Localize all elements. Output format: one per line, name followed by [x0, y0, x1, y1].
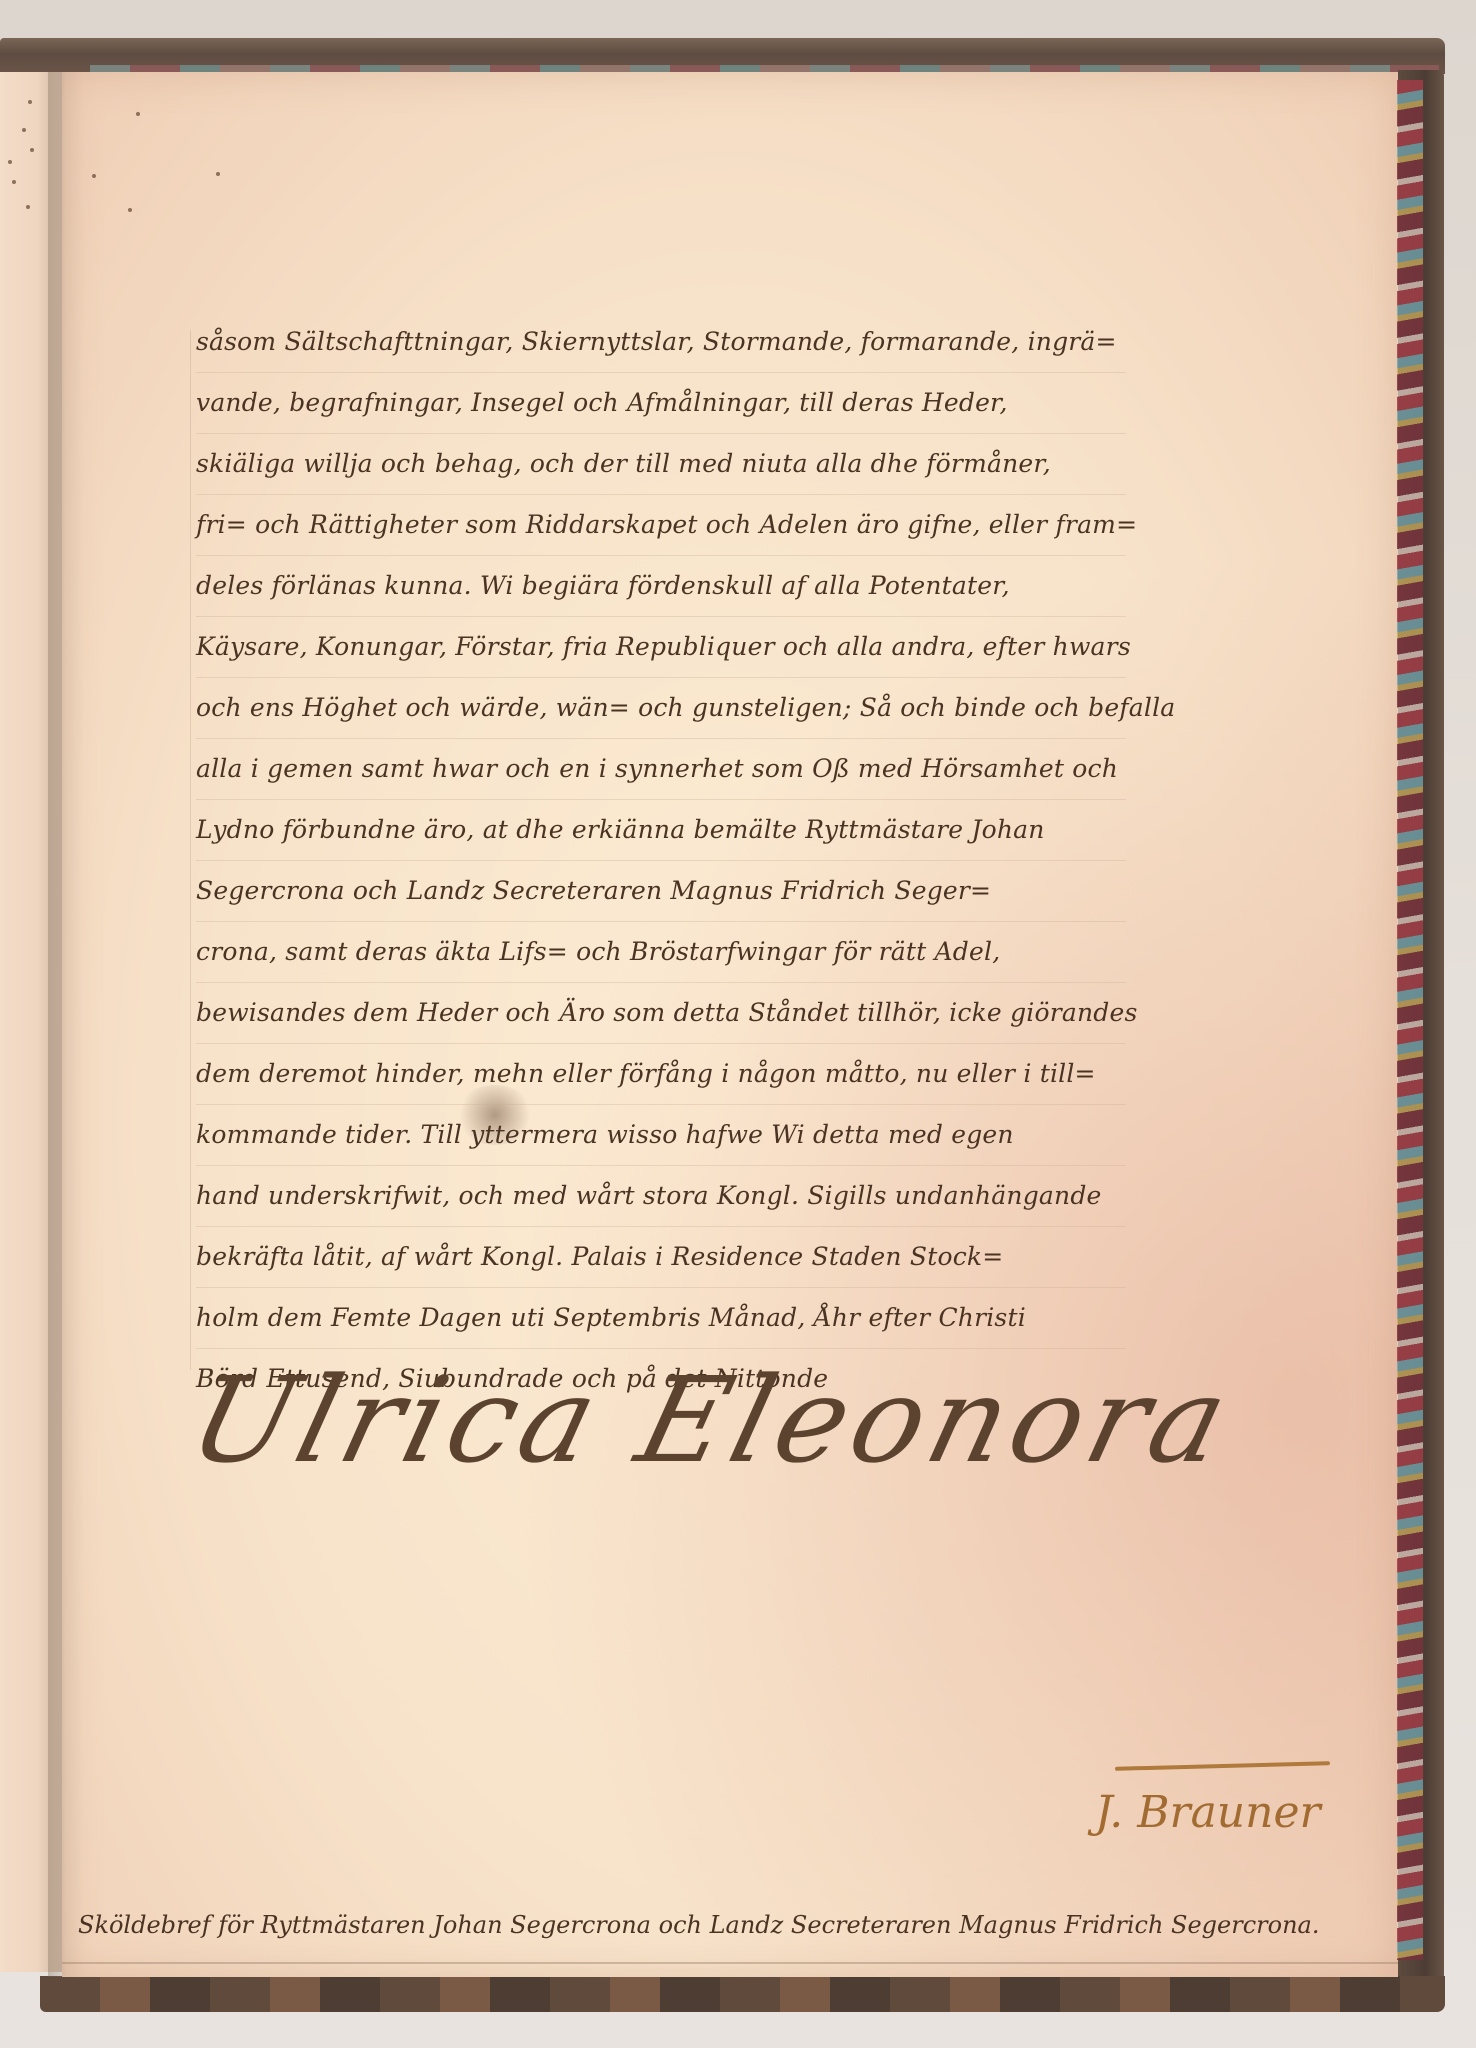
page-bottom-edge — [62, 1962, 1398, 1964]
text-line: bewisandes dem Heder och Äro som detta S… — [196, 983, 1126, 1044]
binding-gutter — [48, 72, 84, 1977]
text-line: Lydno förbundne äro, at dhe erkiänna bem… — [196, 800, 1126, 861]
text-line: skiäliga willja och behag, och der till … — [196, 434, 1126, 495]
document-caption: Sköldebref för Ryttmästaren Johan Segerc… — [78, 1900, 1378, 1950]
countersignature: J. Brauner — [1095, 1783, 1415, 1843]
marbled-page-edge — [1397, 80, 1423, 1960]
text-line: holm dem Femte Dagen uti Septembris Måna… — [196, 1288, 1126, 1349]
text-line: vande, begrafningar, Insegel och Afmålni… — [196, 373, 1126, 434]
book-cover-top-edge — [0, 38, 1445, 74]
text-line: bekräfta låtit, af wårt Kongl. Palais i … — [196, 1227, 1126, 1288]
text-line: deles förlänas kunna. Wi begiära fördens… — [196, 556, 1126, 617]
letter-body: såsom Sältschafttningar, Skiernyttslar, … — [196, 312, 1126, 1409]
text-line: fri= och Rättigheter som Riddarskapet oc… — [196, 495, 1126, 556]
text-line: kommande tider. Till yttermera wisso haf… — [196, 1105, 1126, 1166]
text-line: och ens Höghet och wärde, wän= och gunst… — [196, 678, 1126, 739]
text-line: såsom Sältschafttningar, Skiernyttslar, … — [196, 312, 1126, 373]
text-line: crona, samt deras äkta Lifs= och Bröstar… — [196, 922, 1126, 983]
text-line: Käysare, Konungar, Förstar, fria Republi… — [196, 617, 1126, 678]
text-line: hand underskrifwit, och med wårt stora K… — [196, 1166, 1126, 1227]
text-line: dem deremot hinder, mehn eller förfång i… — [196, 1044, 1126, 1105]
text-line: alla i gemen samt hwar och en i synnerhe… — [196, 739, 1126, 800]
text-line: Segercrona och Landz Secreteraren Magnus… — [196, 861, 1126, 922]
book-cover-bottom-edge — [40, 1976, 1445, 2012]
royal-signature: Ulrica Eleonora — [176, 1345, 1213, 1495]
margin-ruling — [190, 330, 191, 1370]
